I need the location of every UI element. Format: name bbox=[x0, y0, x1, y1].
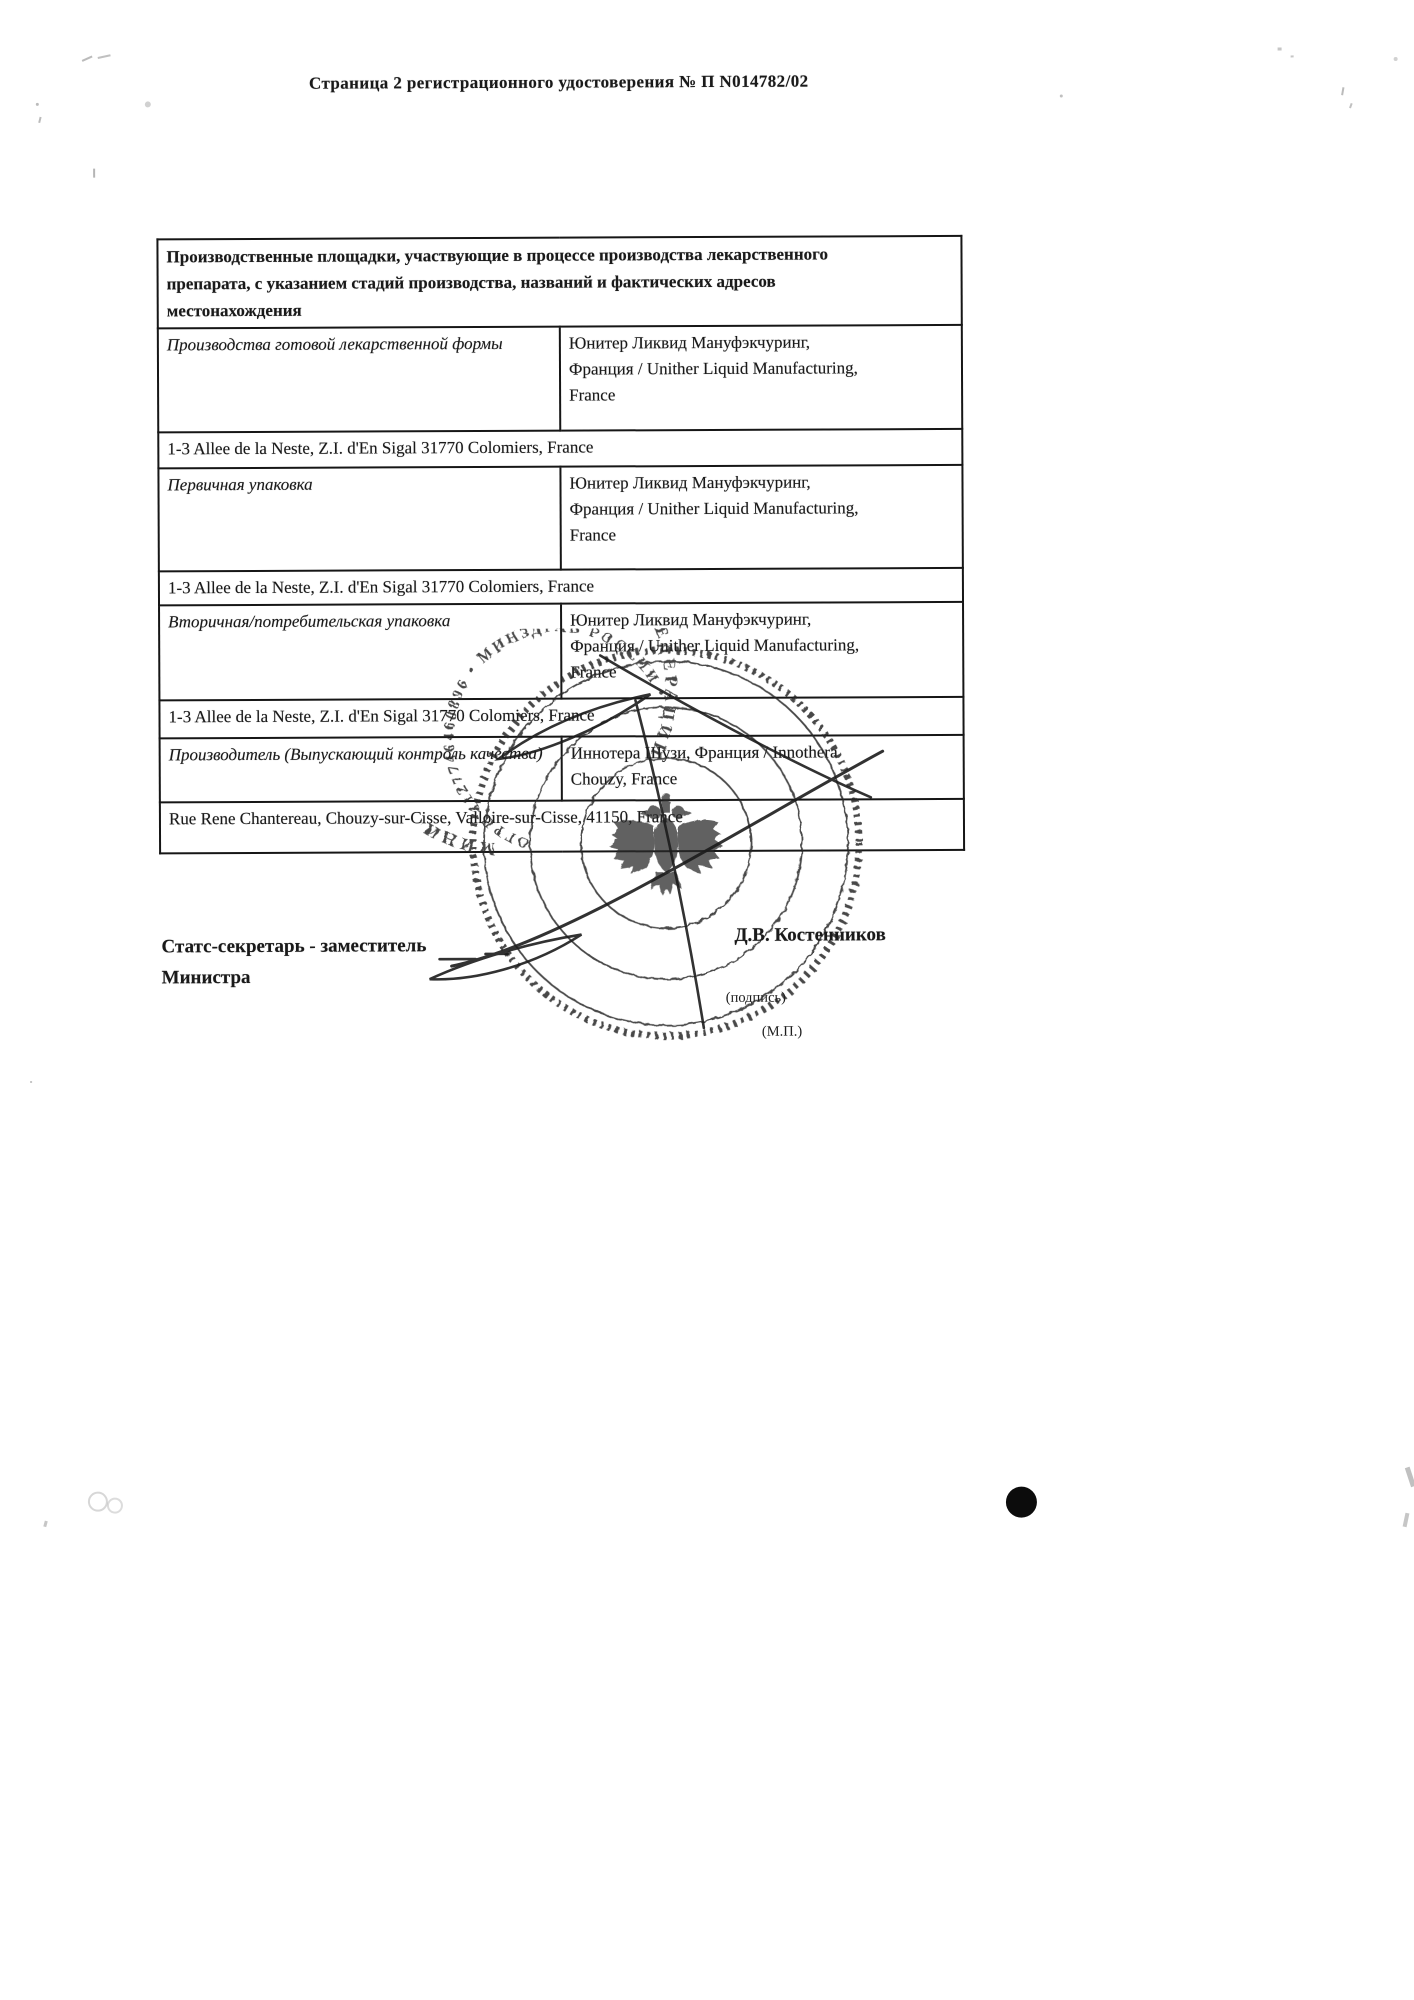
table-row: Первичная упаковка Юнитер Ликвид Мануфэк… bbox=[158, 465, 962, 572]
scan-noise bbox=[38, 117, 41, 123]
scan-noise bbox=[145, 101, 151, 107]
page-header: Страница 2 регистрационного удостоверени… bbox=[156, 71, 962, 95]
scan-noise bbox=[98, 54, 111, 59]
eagle-emblem-icon bbox=[609, 792, 723, 895]
scan-noise bbox=[1060, 94, 1063, 97]
company-cell: Юнитер Ликвид Мануфэкчуринг, Франция / U… bbox=[560, 325, 962, 431]
stage-cell: Первичная упаковка bbox=[158, 467, 560, 572]
scan-noise bbox=[43, 1521, 47, 1528]
scan-noise bbox=[88, 1492, 108, 1512]
table-caption-row: Производственные площадки, участвующие в… bbox=[157, 236, 961, 329]
stamp-inner-ring-text: ОГРН 1127746460896 • МИНЗДРАВ РОССИИ • bbox=[441, 627, 670, 851]
scan-noise bbox=[1403, 1513, 1410, 1528]
scan-noise bbox=[93, 169, 95, 178]
scan-noise bbox=[36, 103, 39, 106]
scan-noise bbox=[1341, 87, 1344, 95]
signatory-name: Д.В. Костенников bbox=[734, 924, 994, 947]
scan-noise bbox=[1405, 1467, 1414, 1488]
table-row: Производства готовой лекарственной формы… bbox=[158, 325, 962, 433]
scan-noise bbox=[1394, 57, 1398, 61]
ministry-stamp: МИНИСТЕРСТВО ЗДРАВООХРАНЕНИЯ РОССИЙСКОЙ … bbox=[420, 627, 892, 1059]
table-row: 1-3 Allee de la Neste, Z.I. d'En Sigal 3… bbox=[158, 429, 962, 469]
document-content: Страница 2 регистрационного удостоверени… bbox=[0, 0, 1414, 2000]
address-cell: 1-3 Allee de la Neste, Z.I. d'En Sigal 3… bbox=[158, 429, 962, 469]
scan-noise bbox=[107, 1498, 123, 1514]
scan-noise bbox=[1278, 47, 1282, 50]
scan-dot bbox=[1006, 1487, 1037, 1518]
company-cell: Юнитер Ликвид Мануфэкчуринг, Франция / U… bbox=[560, 465, 962, 570]
table-row: 1-3 Allee de la Neste, Z.I. d'En Sigal 3… bbox=[159, 568, 963, 606]
scanned-document-page: Страница 2 регистрационного удостоверени… bbox=[0, 0, 1414, 2000]
table-caption: Производственные площадки, участвующие в… bbox=[157, 236, 961, 329]
scan-noise bbox=[82, 56, 93, 62]
stage-cell: Производства готовой лекарственной формы bbox=[158, 327, 560, 433]
scan-noise bbox=[30, 1081, 32, 1083]
stamp-graphic: МИНИСТЕРСТВО ЗДРАВООХРАНЕНИЯ РОССИЙСКОЙ … bbox=[420, 627, 860, 1037]
scan-noise bbox=[1349, 103, 1353, 108]
scan-noise bbox=[1291, 55, 1294, 57]
address-cell: 1-3 Allee de la Neste, Z.I. d'En Sigal 3… bbox=[159, 568, 963, 606]
